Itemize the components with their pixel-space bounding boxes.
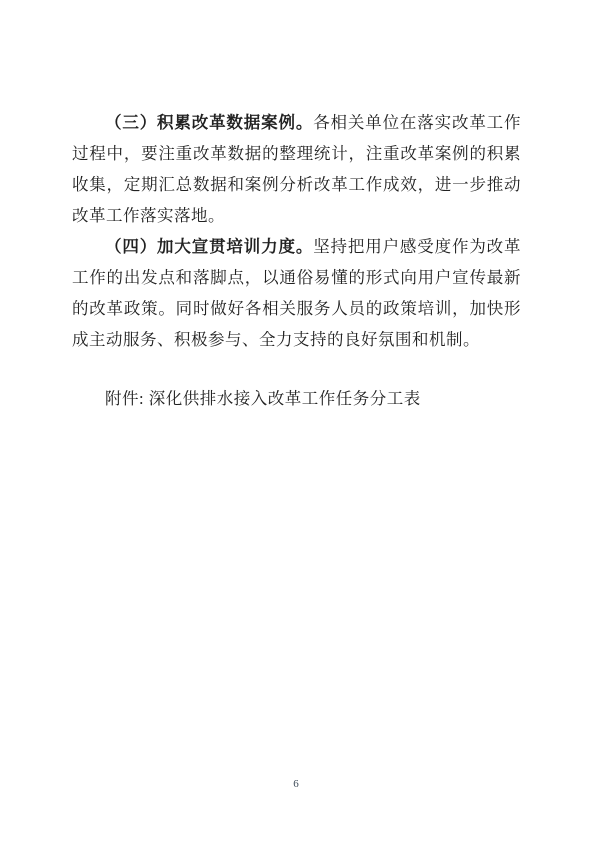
document-page: （三）积累改革数据案例。各相关单位在落实改革工作过程中，要注重改革数据的整理统计… (0, 0, 592, 841)
paragraph-section-3: （三）积累改革数据案例。各相关单位在落实改革工作过程中，要注重改革数据的整理统计… (72, 107, 521, 231)
page-number: 6 (0, 777, 592, 791)
attachment-line: 附件: 深化供排水接入改革工作任务分工表 (72, 383, 521, 414)
document-body: （三）积累改革数据案例。各相关单位在落实改革工作过程中，要注重改革数据的整理统计… (72, 107, 521, 414)
paragraph-section-4: （四）加大宣贯培训力度。坚持把用户感受度作为改革工作的出发点和落脚点，以通俗易懂… (72, 231, 521, 355)
paragraph-section-3-heading: （三）积累改革数据案例。 (105, 113, 313, 132)
paragraph-section-4-heading: （四）加大宣贯培训力度。 (105, 237, 313, 256)
